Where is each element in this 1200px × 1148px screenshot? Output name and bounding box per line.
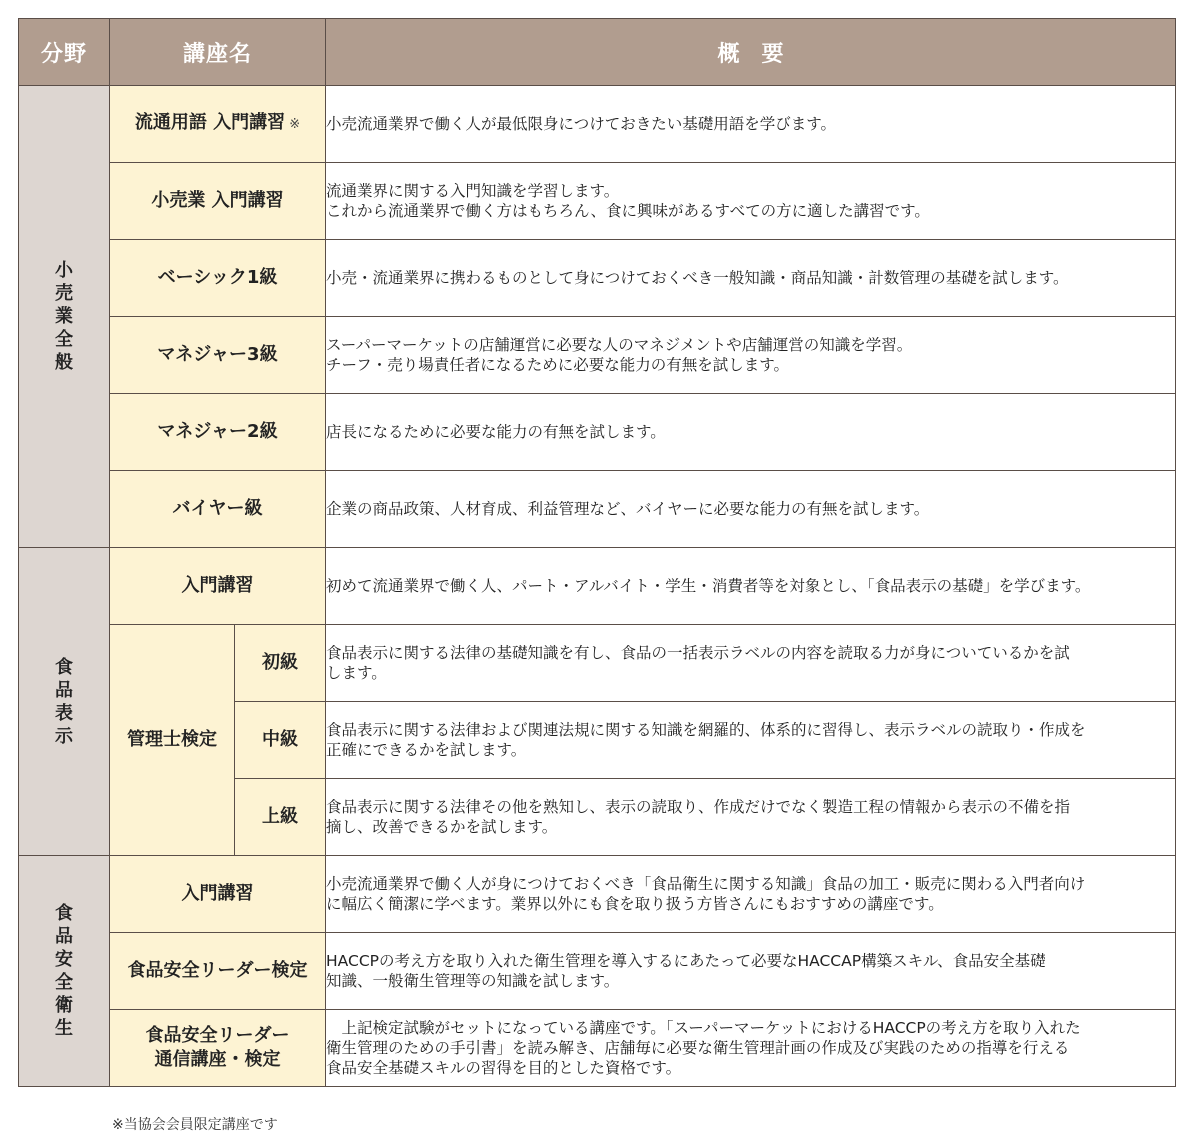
course-description: 食品表示に関する法律その他を熟知し、表示の読取り、作成だけでなく製造工程の情報か… (326, 779, 1176, 856)
table-row: マネジャー2級 店長になるために必要な能力の有無を試します。 (19, 394, 1176, 471)
course-group-name: 管理士検定 (110, 625, 235, 856)
course-description: 小売流通業界で働く人が最低限身につけておきたい基礎用語を学びます。 (326, 86, 1176, 163)
course-name: 小売業 入門講習 (110, 163, 326, 240)
course-description: 企業の商品政策、人材育成、利益管理など、バイヤーに必要な能力の有無を試します。 (326, 471, 1176, 548)
members-only-note-mark: ※ (289, 117, 300, 132)
course-name: 入門講習 (110, 856, 326, 933)
course-description: 上記検定試験がセットになっている講座です。「スーパーマーケットにおけるHACCP… (326, 1010, 1176, 1087)
course-description: 流通業界に関する入門知識を学習します。 これから流通業界で働く方はもちろん、食に… (326, 163, 1176, 240)
course-description: 店長になるために必要な能力の有無を試します。 (326, 394, 1176, 471)
course-level-name: 初級 (235, 625, 326, 702)
table-row: マネジャー3級 スーパーマーケットの店舗運営に必要な人のマネジメントや店舗運営の… (19, 317, 1176, 394)
header-summary: 概 要 (326, 19, 1176, 86)
course-name: マネジャー3級 (110, 317, 326, 394)
table-row: ベーシック1級 小売・流通業界に携わるものとして身につけておくべき一般知識・商品… (19, 240, 1176, 317)
course-description: 小売流通業界で働く人が身につけておくべき「食品衛生に関する知識」食品の加工・販売… (326, 856, 1176, 933)
course-description: 初めて流通業界で働く人、パート・アルバイト・学生・消費者等を対象とし、「食品表示… (326, 548, 1176, 625)
course-description: HACCPの考え方を取り入れた衛生管理を導入するにあたって必要なHACCAP構築… (326, 933, 1176, 1010)
course-description: 小売・流通業界に携わるものとして身につけておくべき一般知識・商品知識・計数管理の… (326, 240, 1176, 317)
field-food-labeling: 食品表示 (19, 548, 110, 856)
table-row: バイヤー級 企業の商品政策、人材育成、利益管理など、バイヤーに必要な能力の有無を… (19, 471, 1176, 548)
course-name: バイヤー級 (110, 471, 326, 548)
course-name: ベーシック1級 (110, 240, 326, 317)
footnote: ※当協会会員限定講座です (112, 1114, 278, 1134)
table-row: 食品安全リーダー 通信講座・検定 上記検定試験がセットになっている講座です。「ス… (19, 1010, 1176, 1087)
table-row: 小売業 入門講習 流通業界に関する入門知識を学習します。 これから流通業界で働く… (19, 163, 1176, 240)
field-food-safety: 食品安全衛生 (19, 856, 110, 1087)
course-level-name: 上級 (235, 779, 326, 856)
course-name: 食品安全リーダー検定 (110, 933, 326, 1010)
table-row: 管理士検定 初級 食品表示に関する法律の基礎知識を有し、食品の一括表示ラベルの内… (19, 625, 1176, 702)
course-table: 分野 講座名 概 要 小売業全般 流通用語 入門講習※ 小売流通業界で働く人が最… (18, 18, 1176, 1087)
course-level-name: 中級 (235, 702, 326, 779)
header-course-name: 講座名 (110, 19, 326, 86)
table-row: 食品安全リーダー検定 HACCPの考え方を取り入れた衛生管理を導入するにあたって… (19, 933, 1176, 1010)
header-row: 分野 講座名 概 要 (19, 19, 1176, 86)
table-row: 食品表示 入門講習 初めて流通業界で働く人、パート・アルバイト・学生・消費者等を… (19, 548, 1176, 625)
field-retail-general: 小売業全般 (19, 86, 110, 548)
header-field: 分野 (19, 19, 110, 86)
course-description: スーパーマーケットの店舗運営に必要な人のマネジメントや店舗運営の知識を学習。 チ… (326, 317, 1176, 394)
table-row: 食品安全衛生 入門講習 小売流通業界で働く人が身につけておくべき「食品衛生に関す… (19, 856, 1176, 933)
course-description: 食品表示に関する法律および関連法規に関する知識を網羅的、体系的に習得し、表示ラベ… (326, 702, 1176, 779)
course-name: 食品安全リーダー 通信講座・検定 (110, 1010, 326, 1087)
table-row: 小売業全般 流通用語 入門講習※ 小売流通業界で働く人が最低限身につけておきたい… (19, 86, 1176, 163)
course-description: 食品表示に関する法律の基礎知識を有し、食品の一括表示ラベルの内容を読取る力が身に… (326, 625, 1176, 702)
course-name: マネジャー2級 (110, 394, 326, 471)
course-name: 流通用語 入門講習※ (110, 86, 326, 163)
course-name: 入門講習 (110, 548, 326, 625)
